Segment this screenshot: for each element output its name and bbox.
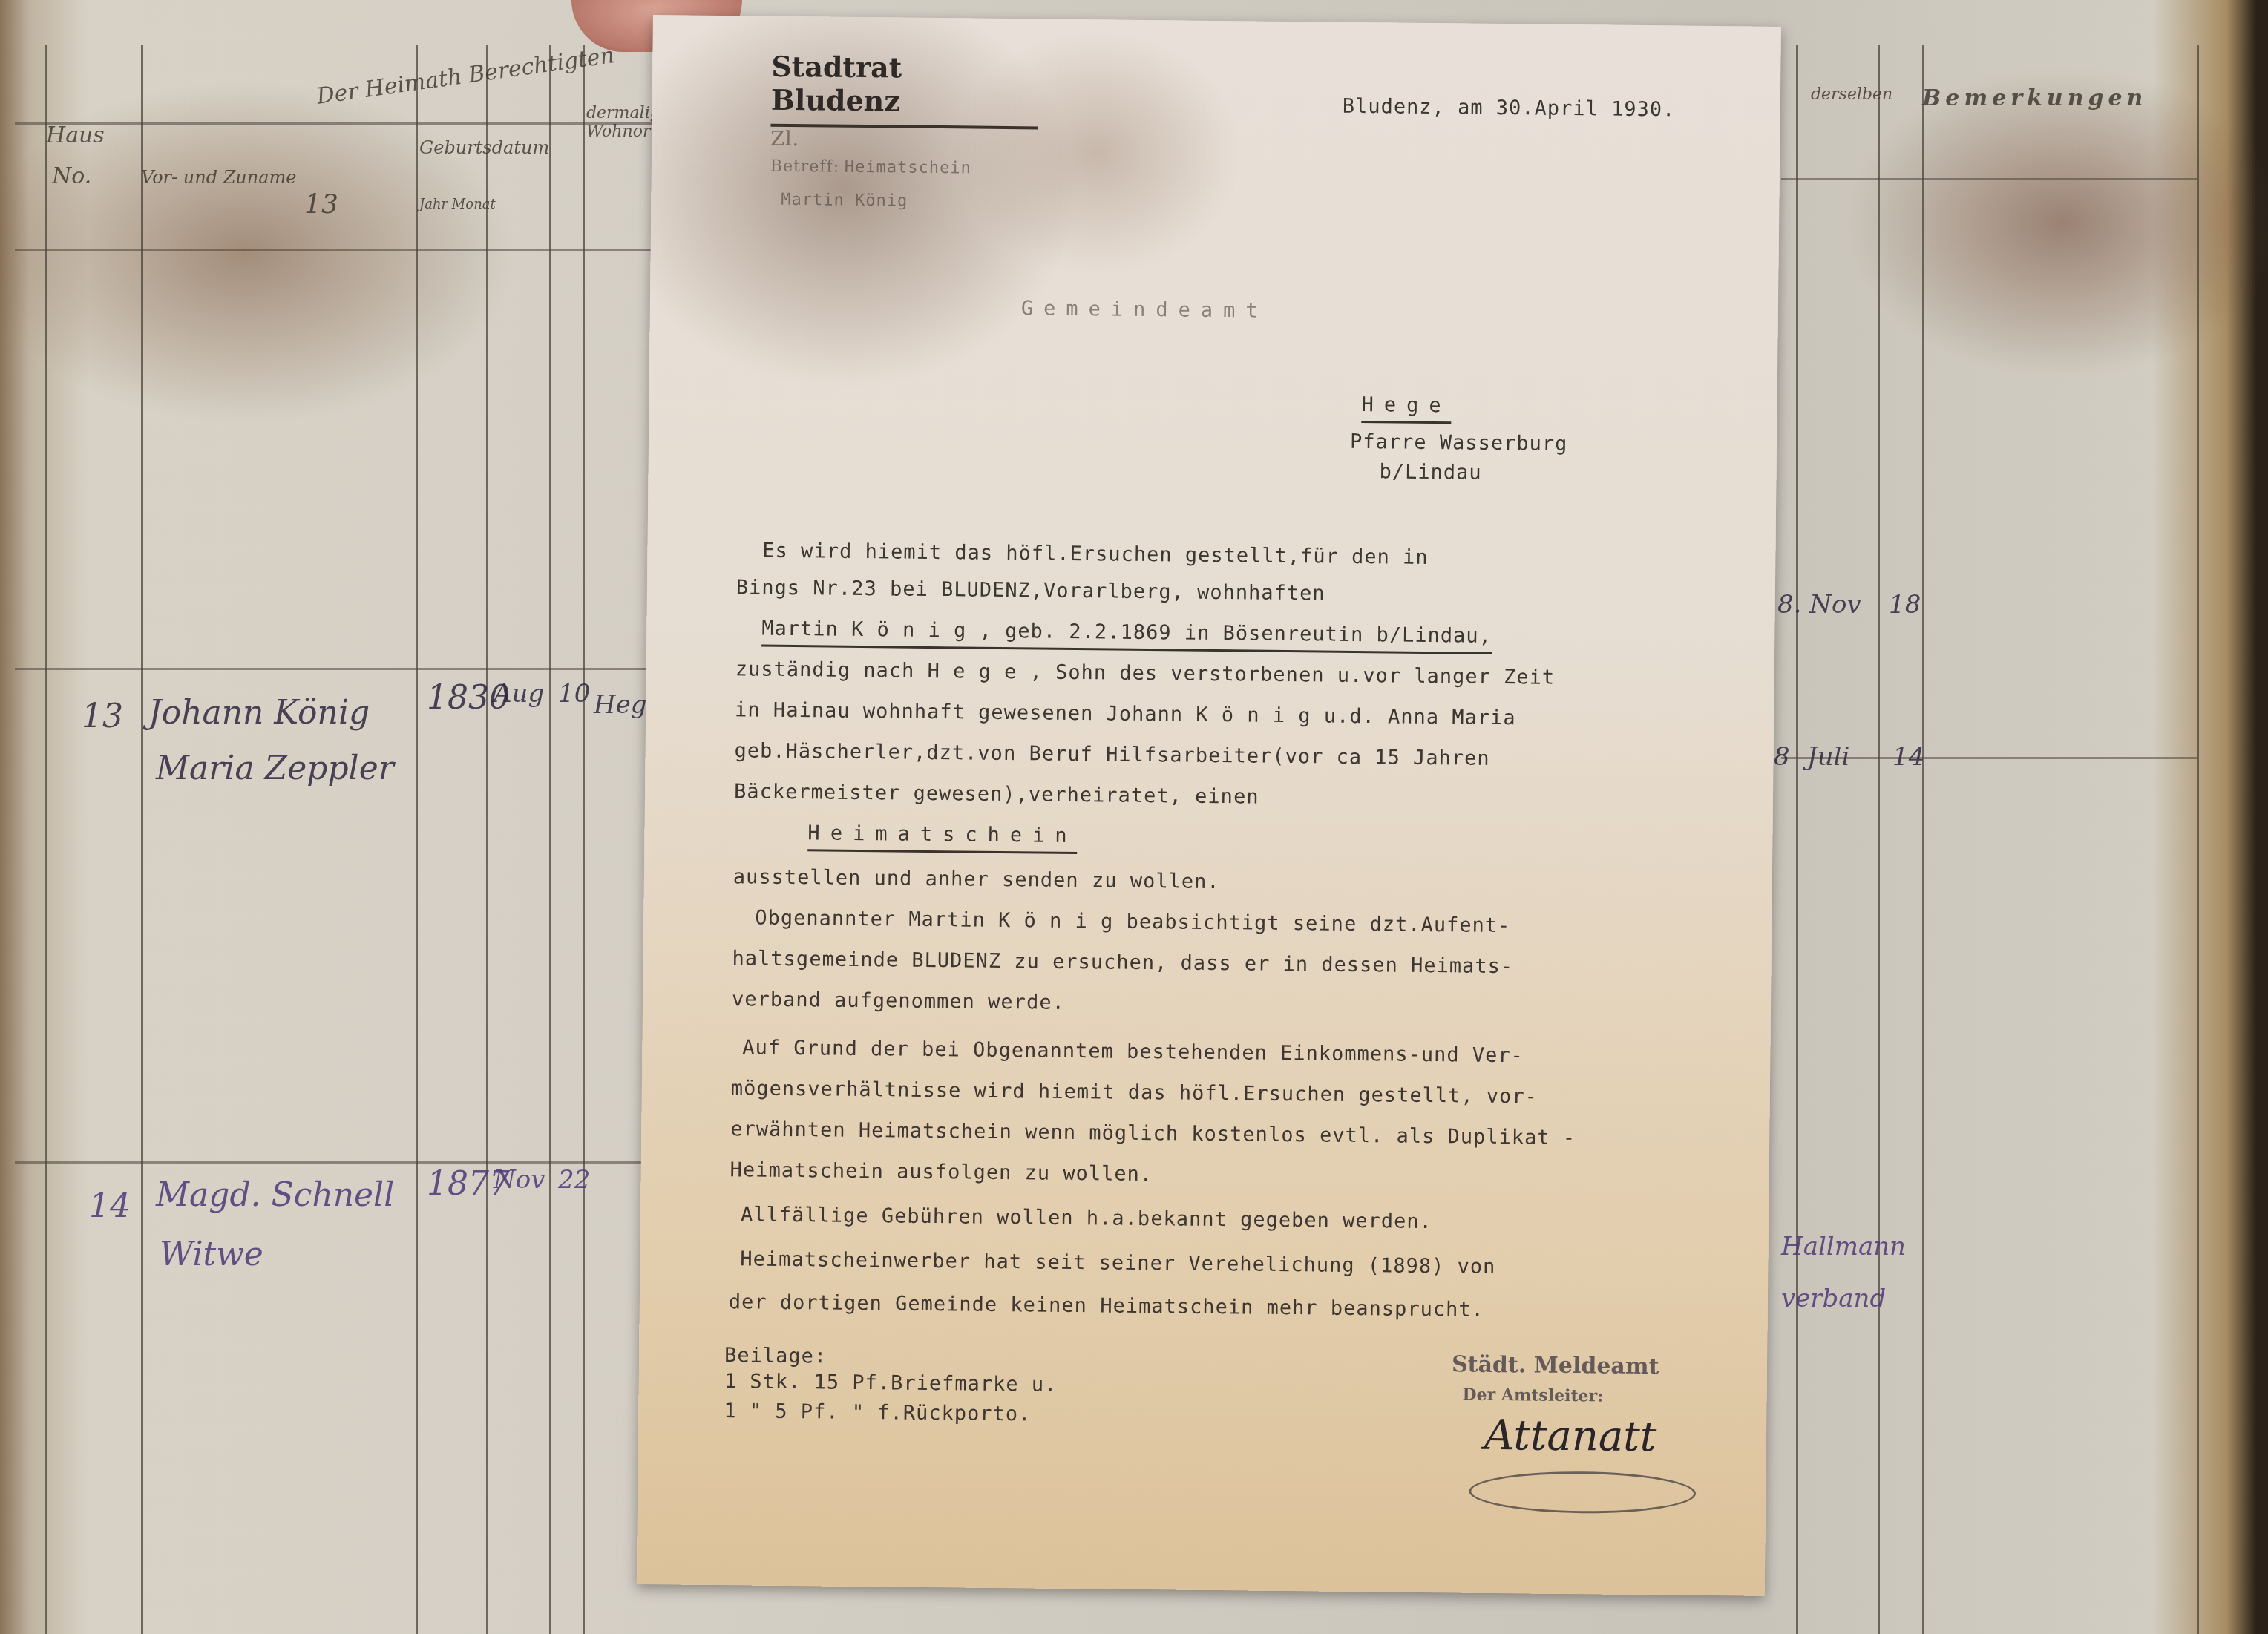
body-line-subject: Martin K ö n i g , geb. 2.2.1869 in Böse…: [761, 617, 1492, 654]
signature: Attanatt: [1484, 1411, 1657, 1461]
body-line: Es wird hiemit das höfl.Ersuchen gestell…: [762, 539, 1429, 569]
body-line: haltsgemeinde BLUDENZ zu ersuchen, dass …: [732, 947, 1514, 978]
body-line: Auf Grund der bei Obgenanntem bestehende…: [742, 1036, 1524, 1067]
ledger-header-name: Vor- und Zuname: [141, 167, 297, 188]
ledger-column-line: [1796, 45, 1798, 1634]
ledger-entry-name-2: Witwe: [160, 1236, 263, 1273]
ledger-mid-day-prefix: 8: [1774, 742, 1790, 772]
body-line: zuständig nach H e g e , Sohn des versto…: [735, 657, 1556, 689]
ledger-row-line: [15, 668, 653, 670]
addressee-parish: Pfarre Wasserburg: [1350, 430, 1568, 456]
ledger-entry-right-note-2: verband: [1781, 1284, 1886, 1313]
ledger-header-no: No.: [52, 163, 91, 189]
ledger-header-remarks: Bemerkungen: [1922, 85, 2147, 111]
ledger-header-derselben: derselben: [1811, 85, 1892, 104]
office-stamp-title: Der Amtsleiter:: [1462, 1385, 1603, 1406]
enclosure-label: Beilage:: [724, 1344, 827, 1368]
ledger-row-line: [15, 249, 653, 251]
addressee-office: Gemeindeamt: [1021, 297, 1268, 322]
ledger-entry-month: Nov: [494, 1165, 545, 1195]
ledger-header-birthdate: Geburtsdatum: [419, 137, 549, 158]
ledger-entry-day: 22: [558, 1165, 590, 1195]
ledger-entry-month: Aug: [494, 679, 544, 709]
ledger-entry-name: Johann König: [148, 694, 370, 732]
place-date: Bludenz, am 30.April 1930.: [1343, 95, 1676, 122]
ledger-page-mark: 13: [304, 189, 338, 220]
ledger-entry-haus-no: 13: [82, 698, 123, 735]
heimatschein-heading: Heimatschein: [807, 821, 1077, 854]
ledger-row-line: [15, 122, 653, 125]
ledger-column-line: [486, 45, 488, 1634]
ledger-entry-right-note: Hallmann: [1781, 1232, 1906, 1261]
enclosure-line: 1 Stk. 15 Pf.Briefmarke u.: [724, 1370, 1058, 1397]
body-line: der dortigen Gemeinde keinen Heimatschei…: [729, 1290, 1484, 1322]
ledger-entry-day: 10: [558, 679, 590, 709]
enclosure-line: 1 " 5 Pf. " f.Rückporto.: [724, 1400, 1031, 1425]
subject-name: Martin König: [781, 191, 908, 211]
ledger-column-line: [2197, 45, 2199, 1634]
subject-value: Heimatschein: [845, 158, 971, 178]
body-line: Obgenannter Martin K ö n i g beabsichtig…: [755, 907, 1510, 938]
ledger-column-line: [1878, 45, 1880, 1634]
body-line: Bings Nr.23 bei BLUDENZ,Vorarlberg, wohn…: [736, 576, 1325, 605]
letter-sheet: Stadtrat Bludenz Zl. Betreff: Heimatsche…: [637, 15, 1781, 1596]
signature-flourish: [1469, 1471, 1697, 1515]
body-line: in Hainau wohnhaft gewesenen Johann K ö …: [735, 698, 1516, 729]
ledger-column-line: [45, 45, 47, 1634]
ledger-column-line: [1922, 45, 1924, 1634]
ledger-mid-day: 14: [1892, 742, 1924, 772]
reference-label: Zl.: [770, 128, 799, 151]
addressee-region: b/Lindau: [1379, 460, 1481, 484]
ledger-column-line: [141, 45, 143, 1634]
ledger-entry-name: Magd. Schnell: [156, 1176, 394, 1214]
ledger-header-haus: Haus: [46, 122, 105, 148]
ledger-entry-right-day: 18: [1889, 590, 1921, 620]
ledger-column-line: [416, 45, 418, 1634]
ledger-row-line: [15, 1161, 653, 1164]
ledger-column-line: [549, 45, 551, 1634]
ledger-title: Der Heimath Berechtigten: [315, 42, 616, 110]
body-line: Bäckermeister gewesen),verheiratet, eine…: [734, 780, 1259, 808]
body-line: mögensverhältnisse wird hiemit das höfl.…: [731, 1077, 1538, 1108]
body-line: geb.Häscherler,dzt.von Beruf Hilfsarbeit…: [734, 739, 1489, 770]
ledger-header-year-month: Jahr Monat: [419, 197, 496, 212]
ledger-entry-right-date: 8. Nov: [1777, 590, 1861, 620]
body-line: verband aufgenommen werde.: [732, 988, 1065, 1014]
body-line: Allfällige Gebühren wollen h.a.bekannt g…: [741, 1203, 1432, 1233]
ledger-entry-name-2: Maria Zeppler: [156, 749, 394, 787]
body-line: ausstellen und anher senden zu wollen.: [733, 865, 1220, 893]
body-line: Heimatscheinwerber hat seit seiner Vereh…: [740, 1247, 1495, 1279]
ledger-row-line: [1781, 178, 2197, 180]
ledger-column-line: [583, 45, 585, 1634]
subject-label: Betreff:: [770, 157, 840, 177]
letterhead: Stadtrat Bludenz: [770, 50, 1038, 130]
addressee-place: Hege: [1361, 393, 1451, 424]
body-line: Heimatschein ausfolgen zu wollen.: [730, 1158, 1153, 1186]
ledger-entry-haus-no: 14: [89, 1187, 131, 1225]
body-line: erwähnten Heimatschein wenn möglich kost…: [730, 1118, 1576, 1149]
office-stamp: Städt. Meldeamt: [1452, 1351, 1659, 1379]
ledger-mid-month: Juli: [1807, 742, 1849, 772]
